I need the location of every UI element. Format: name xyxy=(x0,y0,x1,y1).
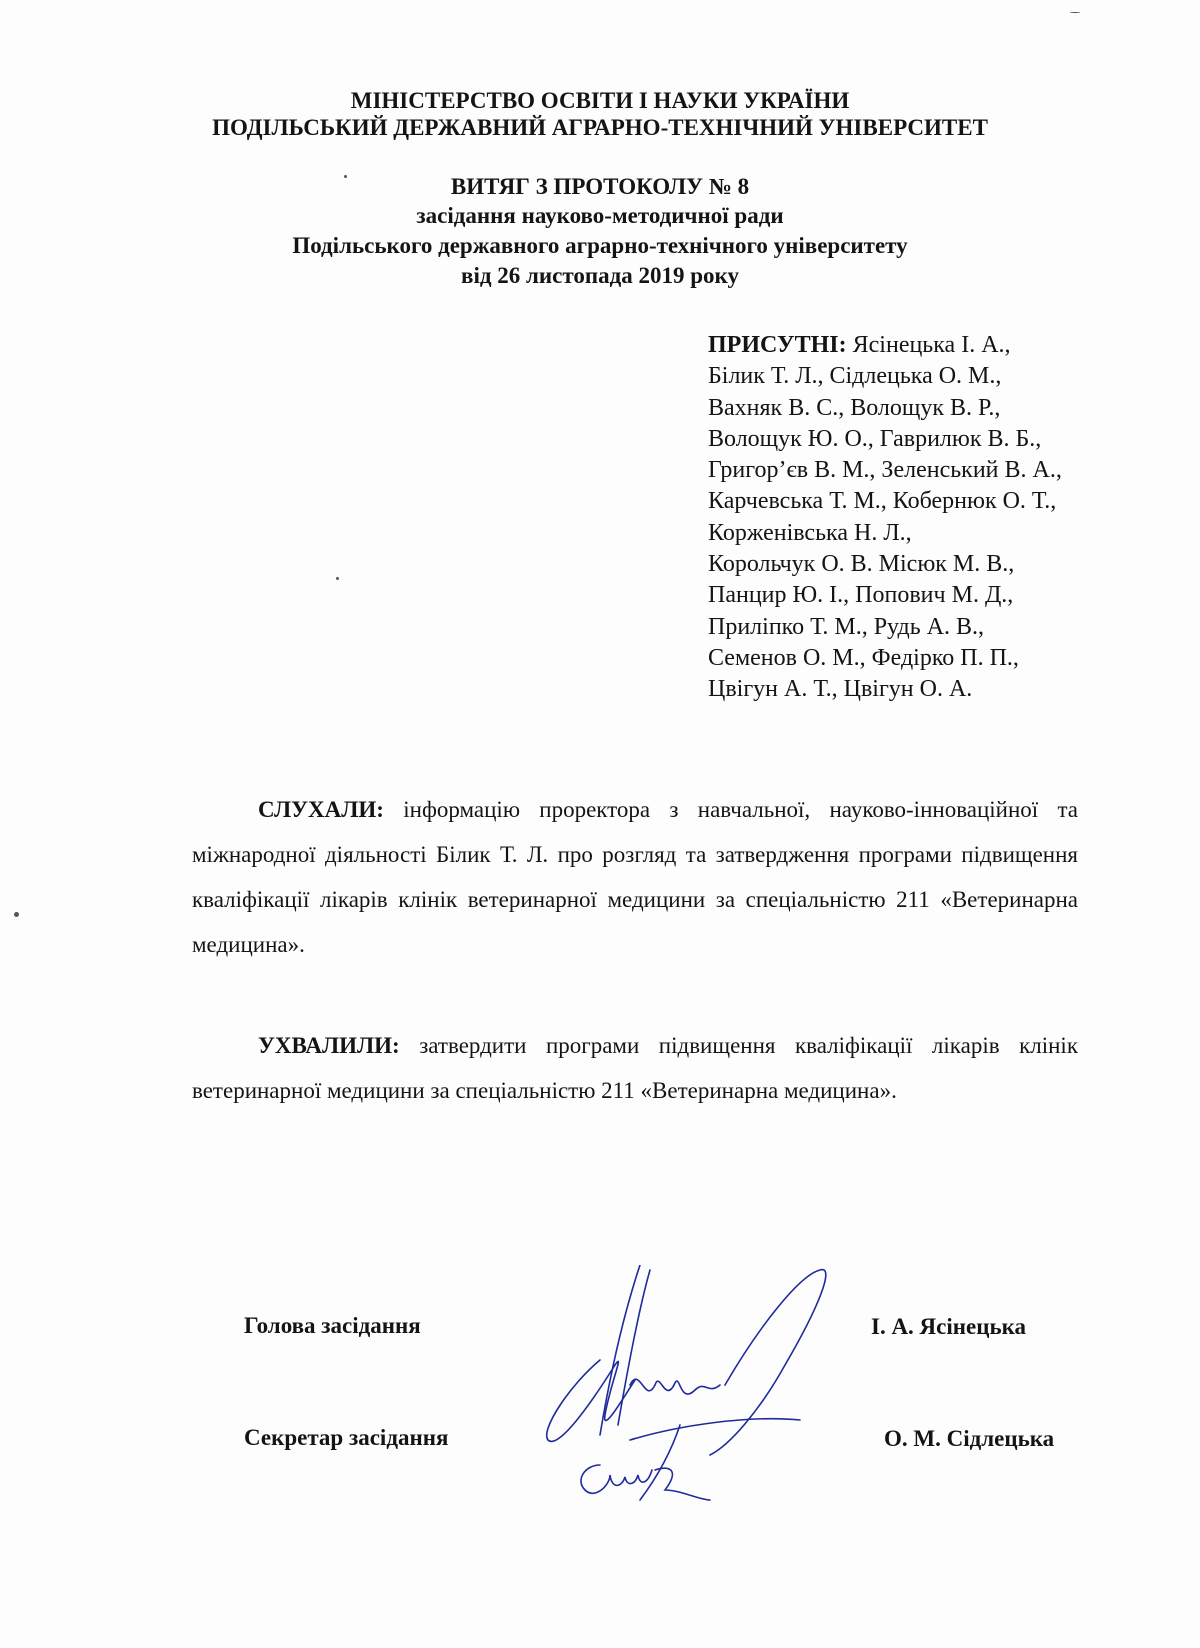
scan-speck xyxy=(344,175,347,178)
chair-role: Голова засідання xyxy=(244,1313,421,1339)
attendee-line: Приліпко Т. М., Рудь А. В., xyxy=(708,612,1062,643)
scan-speck xyxy=(1070,12,1080,13)
handwritten-signatures xyxy=(530,1265,910,1505)
attendees-list: ПРИСУТНІ: Ясінецька І. А., Білик Т. Л., … xyxy=(708,330,1062,706)
scan-speck xyxy=(14,912,19,917)
attendee-line: Григор’єв В. М., Зеленський В. А., xyxy=(708,455,1062,486)
secretary-role: Секретар засідання xyxy=(244,1425,448,1451)
attendee-line: Панцир Ю. І., Попович М. Д., xyxy=(708,580,1062,611)
attendee-line: Білик Т. Л., Сідлецька О. М., xyxy=(708,361,1062,392)
attendee-line: Корольчук О. В. Місюк М. В., xyxy=(708,549,1062,580)
ministry-header: МІНІСТЕРСТВО ОСВІТИ І НАУКИ УКРАЇНИ xyxy=(0,88,1200,114)
attendee-line: Цвігун А. Т., Цвігун О. А. xyxy=(708,674,1062,705)
scan-speck xyxy=(336,577,339,580)
attendee-line: Семенов О. М., Федірко П. П., xyxy=(708,643,1062,674)
attendees-label: ПРИСУТНІ: xyxy=(708,332,847,358)
meeting-body: засідання науково-методичної ради xyxy=(0,201,1200,231)
heard-paragraph: СЛУХАЛИ: інформацію проректора з навчаль… xyxy=(192,787,1078,967)
attendee-line: Волощук Ю. О., Гаврилюк В. Б., xyxy=(708,424,1062,455)
attendee-line: Вахняк В. С., Волощук В. Р., xyxy=(708,393,1062,424)
resolved-paragraph: УХВАЛИЛИ: затвердити програми підвищення… xyxy=(192,1023,1078,1113)
attendee-line: Корженівська Н. Л., xyxy=(708,518,1062,549)
heard-label: СЛУХАЛИ: xyxy=(258,797,384,822)
document-title: ВИТЯГ З ПРОТОКОЛУ № 8 xyxy=(0,172,1200,202)
meeting-date: від 26 листопада 2019 року xyxy=(0,261,1200,291)
attendee-line: Карчевська Т. М., Кобернюк О. Т., xyxy=(708,486,1062,517)
chair-signature-icon xyxy=(547,1265,826,1455)
university-header: ПОДІЛЬСЬКИЙ ДЕРЖАВНИЙ АГРАРНО-ТЕХНІЧНИЙ … xyxy=(0,115,1200,141)
resolved-label: УХВАЛИЛИ: xyxy=(258,1033,400,1058)
university-name: Подільського державного аграрно-технічно… xyxy=(0,231,1200,261)
attendee-line: Ясінецька І. А., xyxy=(847,332,1011,358)
